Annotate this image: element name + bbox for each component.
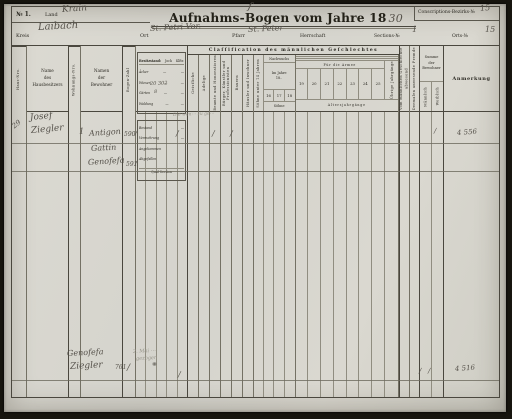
herrschaft-label: Herrschaft bbox=[300, 34, 325, 39]
dash: — bbox=[176, 81, 184, 86]
age-cell: 24 bbox=[359, 69, 372, 99]
class-column-label: Geistliche bbox=[191, 72, 195, 94]
column-property-status: Besitzstand:JochKlftr. Äcker—— Wiesen—— … bbox=[136, 46, 188, 397]
form-title: Aufnahms-Bogen vom Jahre 1830 bbox=[152, 11, 420, 25]
stock-row-label: Abgefallen bbox=[139, 157, 156, 162]
property-status-box: Besitzstand:JochKlftr. Äcker—— Wiesen—— … bbox=[136, 46, 187, 112]
table-row-line bbox=[12, 143, 499, 144]
dash: — bbox=[176, 91, 184, 96]
class-column-label: Bauern bbox=[235, 75, 239, 90]
age-cell: 21 bbox=[321, 69, 334, 99]
dash: — bbox=[176, 126, 184, 131]
unit-klafter: Klftr. bbox=[176, 58, 184, 64]
column-residents: Namen der Bewohner bbox=[81, 46, 123, 397]
age-cell: 22 bbox=[334, 69, 347, 99]
column-resident-total: Summe der Bewohner Männlich Weiblich bbox=[420, 46, 444, 397]
form-header: № 1. Land Conscriptions-Bezirks-№ Aufnah… bbox=[12, 7, 499, 45]
class-column-label: Bürger, Künstler und Professionisten bbox=[222, 55, 230, 111]
female-subcolumn-label: Weiblich bbox=[432, 87, 443, 105]
dash: — bbox=[159, 91, 167, 96]
house-owner-header: Name des Hausbesitzers bbox=[27, 46, 68, 112]
paper-sheet: № 1. Land Conscriptions-Bezirks-№ Aufnah… bbox=[4, 4, 506, 412]
scanned-census-form: { "header": { "no": "№ 1.", "land_label"… bbox=[0, 0, 512, 419]
class-column-label: Häusler und Inwohner bbox=[246, 59, 250, 107]
divider bbox=[414, 20, 499, 21]
column-remarks: Anmerkung bbox=[444, 46, 499, 397]
kreis-label: Kreis bbox=[16, 33, 29, 39]
land-label: Land bbox=[45, 12, 58, 18]
form-frame: № 1. Land Conscriptions-Bezirks-№ Aufnah… bbox=[11, 6, 500, 398]
dash: — bbox=[161, 102, 169, 107]
class-column: Häusler und Inwohner bbox=[243, 55, 254, 397]
table-row-line bbox=[12, 380, 499, 381]
sections-label: Sections-№ bbox=[374, 34, 400, 39]
census-table: Haus-Nro. Name des Hausbesitzers Wohnung… bbox=[12, 45, 499, 397]
stock-row-label: Bestand bbox=[139, 126, 152, 131]
classification-group: Claſſification des männlichen Geſchlecht… bbox=[188, 46, 400, 397]
service-group: In diese Abtheilung gehörige mit dem Auf… bbox=[296, 55, 400, 397]
classification-title: Claſſification des männlichen Geſchlecht… bbox=[188, 46, 399, 55]
class-column: Bauern bbox=[232, 55, 243, 397]
conscription-label: Conscriptions-Bezirks-№ bbox=[418, 10, 475, 15]
form-title-text: Aufnahms-Bogen vom Jahre 18 bbox=[169, 11, 386, 25]
present-strangers-header: Dermalen anwesende Fremde bbox=[412, 47, 418, 110]
orts-label: Orts-№ bbox=[452, 34, 468, 39]
army-label: Für die Armee bbox=[296, 61, 385, 69]
property-row-label: Waldung bbox=[139, 102, 153, 107]
male-subcolumn-label: Männlich bbox=[420, 87, 431, 107]
resident-total-title: Summe der Bewohner bbox=[420, 46, 443, 81]
column-dwelling-number: Wohnungs-Nro. bbox=[69, 46, 81, 397]
column-sheet-number: Bogen-Zahl bbox=[123, 46, 136, 397]
absent-males-header: Vom männlichen Geschlechte abwesend bbox=[399, 46, 410, 111]
offspring-footer: Söhne bbox=[264, 102, 295, 111]
offspring-side-label: Söhne unter 14 Jahren bbox=[256, 59, 260, 108]
form-number: № 1. bbox=[16, 11, 31, 18]
age-cell: 25 bbox=[372, 69, 384, 99]
offspring-subtitle: Im Jahre 18.. bbox=[264, 63, 295, 89]
class-column: Geistliche bbox=[188, 55, 199, 397]
column-present-strangers: Dermalen anwesende Fremde bbox=[410, 46, 420, 397]
residents-header: Namen der Bewohner bbox=[81, 46, 122, 112]
offspring-title: Nachwuchs bbox=[264, 55, 295, 63]
age-cell: 19 bbox=[296, 69, 309, 99]
class-column-label: Beamte und Honoratioren bbox=[213, 55, 217, 111]
dash: — bbox=[176, 102, 184, 107]
dwelling-number-header: Wohnungs-Nro. bbox=[69, 46, 80, 112]
stock-row-label: Angekommen bbox=[139, 147, 161, 152]
remarks-header: Anmerkung bbox=[444, 46, 499, 112]
other-cohorts-label: Übrige Jahrgänge bbox=[390, 61, 394, 99]
column-absent-males: Vom männlichen Geschlechte abwesend bbox=[400, 46, 410, 397]
property-upper-box: Besitzstand:JochKlftr. Äcker—— Wiesen—— … bbox=[137, 52, 186, 113]
property-row-label: Wiesen bbox=[139, 81, 151, 86]
property-row-label: Gärten bbox=[139, 91, 150, 96]
offspring-year: 18 bbox=[285, 90, 295, 101]
dash: — bbox=[159, 81, 167, 86]
age-cohorts-footer: Altersjahrgänge bbox=[296, 99, 399, 111]
dash: — bbox=[176, 70, 184, 75]
ink-year: 30 bbox=[389, 12, 403, 25]
ort-label: Ort bbox=[140, 33, 149, 39]
property-row-label: Äcker bbox=[139, 70, 148, 75]
house-number-header: Haus-Nro. bbox=[12, 46, 26, 112]
dash: — bbox=[158, 70, 166, 75]
offspring-group: Söhne unter 14 Jahren Nachwuchs Im Jahre… bbox=[254, 55, 296, 397]
sheet-number-header: Bogen-Zahl bbox=[123, 46, 135, 112]
table-row-line bbox=[12, 171, 499, 172]
class-column: Bürger, Künstler und Professionisten bbox=[221, 55, 232, 397]
offspring-year: 16 bbox=[264, 90, 275, 101]
pfarr-label: Pfarr bbox=[232, 33, 245, 39]
column-house-number: Haus-Nro. bbox=[12, 46, 27, 397]
offspring-year: 17 bbox=[274, 90, 285, 101]
class-column: Beamte und Honoratioren bbox=[210, 55, 221, 397]
title-underline bbox=[152, 26, 416, 29]
stock-row-label: Vermehrung bbox=[139, 136, 159, 141]
age-cell: 23 bbox=[347, 69, 360, 99]
unit-joch: Joch bbox=[165, 58, 172, 64]
divider bbox=[12, 22, 150, 23]
class-column: Adelige bbox=[199, 55, 210, 397]
column-house-owner: Name des Hausbesitzers bbox=[27, 46, 69, 397]
dash: — bbox=[176, 136, 184, 141]
property-title: Besitzstand: bbox=[139, 58, 161, 64]
age-cell: 20 bbox=[308, 69, 321, 99]
class-column-label: Adelige bbox=[202, 75, 206, 91]
